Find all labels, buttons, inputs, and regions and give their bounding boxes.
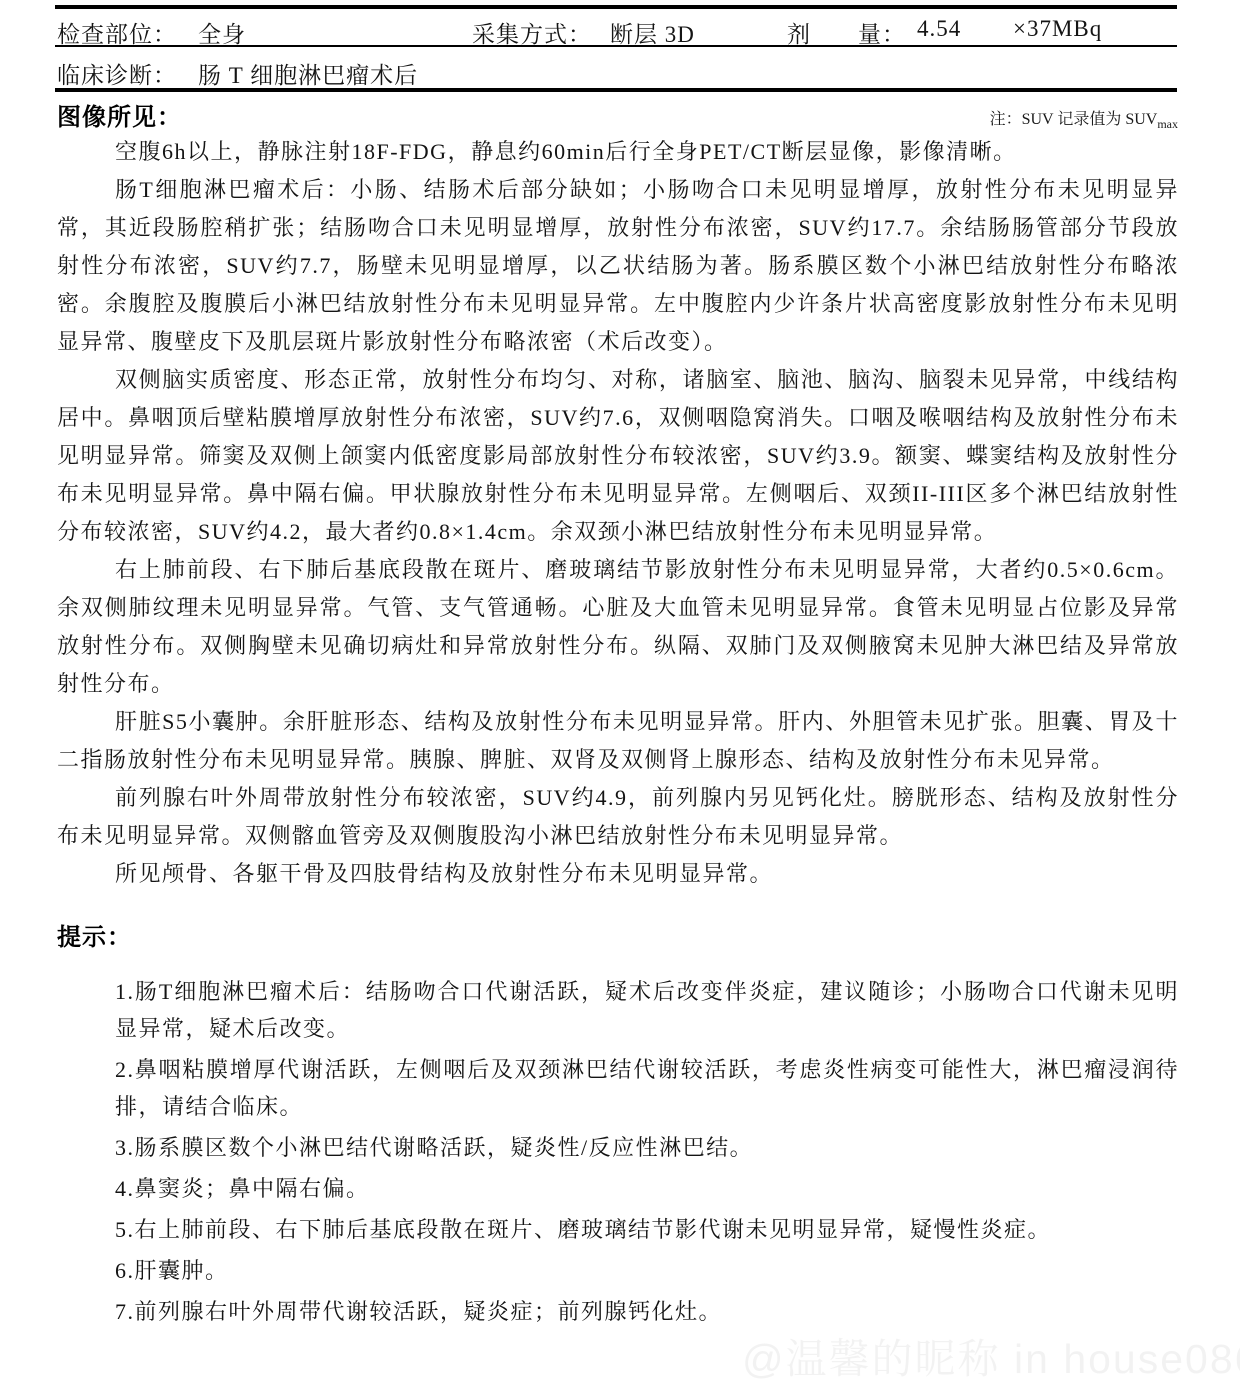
impression-section: 1.肠T细胞淋巴瘤术后：结肠吻合口代谢活跃，疑术后改变伴炎症，建议随诊；小肠吻合… [115,973,1179,1330]
impression-item: 3.肠系膜区数个小淋巴结代谢略活跃，疑炎性/反应性淋巴结。 [115,1129,1179,1166]
findings-paragraph: 空腹6h以上，静脉注射18F-FDG，静息约60min后行全身PET/CT断层显… [57,133,1179,171]
findings-paragraph: 前列腺右叶外周带放射性分布较浓密，SUV约4.9，前列腺内另见钙化灶。膀胱形态、… [57,779,1179,855]
impression-item: 6.肝囊肿。 [115,1252,1179,1289]
impression-item: 2.鼻咽粘膜增厚代谢活跃，左侧咽后及双颈淋巴结代谢较活跃，考虑炎性病变可能性大，… [115,1051,1179,1125]
dose-unit: ×37MBq [1013,16,1102,42]
report-page: 检查部位： 全身 采集方式： 断层 3D 剂 量： 4.54 ×37MBq 临床… [0,0,1240,1393]
findings-section: 空腹6h以上，静脉注射18F-FDG，静息约60min后行全身PET/CT断层显… [57,133,1179,893]
exam-site-value: 全身 [198,16,246,49]
acquisition-mode-label: 采集方式： [472,16,592,49]
findings-paragraph: 所见颅骨、各躯干骨及四肢骨结构及放射性分布未见明显异常。 [57,855,1179,893]
report-header: 检查部位： 全身 采集方式： 断层 3D 剂 量： 4.54 ×37MBq 临床… [55,5,1177,92]
impression-item: 5.右上肺前段、右下肺后基底段散在斑片、磨玻璃结节影代谢未见明显异常，疑慢性炎症… [115,1211,1179,1248]
findings-paragraph: 肠T细胞淋巴瘤术后：小肠、结肠术后部分缺如；小肠吻合口未见明显增厚，放射性分布未… [57,171,1179,361]
dose-value: 4.54 [917,16,961,42]
clinical-diagnosis-value: 肠 T 细胞淋巴瘤术后 [198,57,418,90]
findings-paragraph: 双侧脑实质密度、形态正常，放射性分布均匀、对称，诸脑室、脑池、脑沟、脑裂未见异常… [57,361,1179,551]
report-body: 空腹6h以上，静脉注射18F-FDG，静息约60min后行全身PET/CT断层显… [57,133,1179,1334]
acquisition-mode-value: 断层 3D [610,16,695,49]
suv-note-subscript: max [1157,117,1178,131]
exam-site-label: 检查部位： [57,16,177,49]
impression-item: 1.肠T细胞淋巴瘤术后：结肠吻合口代谢活跃，疑术后改变伴炎症，建议随诊；小肠吻合… [115,973,1179,1047]
clinical-diagnosis-label: 临床诊断： [57,57,177,90]
findings-paragraph: 肝脏S5小囊肿。余肝脏形态、结构及放射性分布未见明显异常。肝内、外胆管未见扩张。… [57,703,1179,779]
header-row-2: 临床诊断： 肠 T 细胞淋巴瘤术后 [55,47,1177,88]
suv-note-text: 注：SUV 记录值为 SUV [990,111,1158,128]
suv-note: 注：SUV 记录值为 SUVmax [990,106,1178,132]
header-row-1: 检查部位： 全身 采集方式： 断层 3D 剂 量： 4.54 ×37MBq [55,9,1177,45]
dose-label-right: 量： [858,16,906,49]
watermark: @温馨的昵称 in house086 [742,1326,1240,1385]
impression-item: 7.前列腺右叶外周带代谢较活跃，疑炎症；前列腺钙化灶。 [115,1293,1179,1330]
findings-heading-row: 图像所见： 注：SUV 记录值为 SUVmax [57,97,1178,131]
findings-paragraph: 右上肺前段、右下肺后基底段散在斑片、磨玻璃结节影放射性分布未见明显异常，大者约0… [57,551,1179,703]
findings-heading: 图像所见： [57,97,182,132]
impression-heading: 提示： [57,919,1179,957]
dose-label-left: 剂 [787,16,811,49]
impression-item: 4.鼻窦炎；鼻中隔右偏。 [115,1170,1179,1207]
